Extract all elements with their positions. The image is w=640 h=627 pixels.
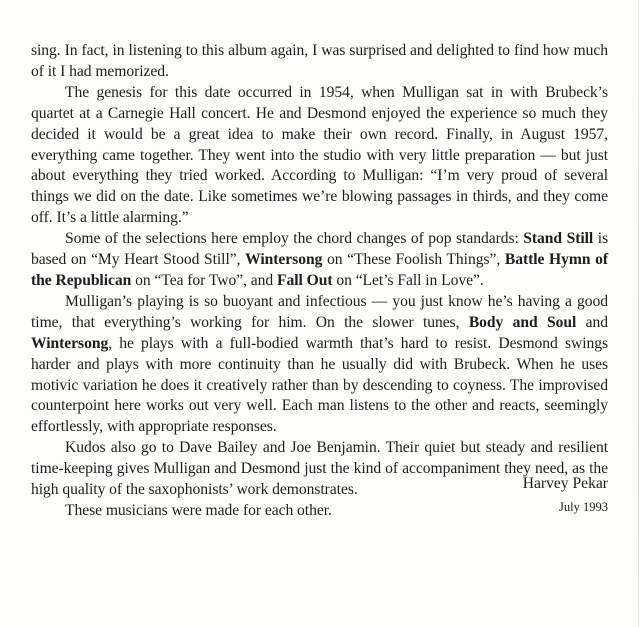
paragraph-text: on “Tea for Two”, and [131, 272, 277, 289]
track-title: Stand Still [523, 230, 593, 247]
paragraph: Some of the selections here employ the c… [31, 229, 608, 292]
signature-date: July 1993 [523, 499, 608, 515]
signature-block: Harvey Pekar July 1993 [523, 474, 608, 515]
paragraph-text: and [576, 314, 608, 331]
track-title: Body and Soul [469, 314, 576, 331]
liner-notes-body: sing. In fact, in listening to this albu… [31, 41, 608, 522]
paragraph-text: on “Let’s Fall in Love”. [333, 272, 484, 289]
paragraph-text: on “These Foolish Things”, [322, 251, 505, 268]
track-title: Wintersong [245, 251, 322, 268]
paragraph: Kudos also go to Dave Bailey and Joe Ben… [31, 438, 608, 501]
liner-notes-page: sing. In fact, in listening to this albu… [0, 0, 640, 627]
paragraph: These musicians were made for each other… [31, 501, 608, 522]
paragraph: The genesis for this date occurred in 19… [31, 83, 608, 229]
paragraph-text: Some of the selections here employ the c… [65, 230, 523, 247]
track-title: Wintersong [31, 335, 108, 352]
paragraph-text: The genesis for this date occurred in 19… [31, 84, 608, 226]
track-title: Fall Out [277, 272, 332, 289]
page-edge-divider [638, 0, 639, 627]
paragraph-text: These musicians were made for each other… [65, 502, 332, 519]
paragraph: Mulligan’s playing is so buoyant and inf… [31, 292, 608, 438]
author-name: Harvey Pekar [523, 474, 608, 494]
paragraph-text: , he plays with a full-bodied warmth tha… [31, 335, 608, 436]
paragraph: sing. In fact, in listening to this albu… [31, 41, 608, 83]
paragraph-text: sing. In fact, in listening to this albu… [31, 42, 608, 80]
paragraph-text: Kudos also go to Dave Bailey and Joe Ben… [31, 439, 608, 498]
